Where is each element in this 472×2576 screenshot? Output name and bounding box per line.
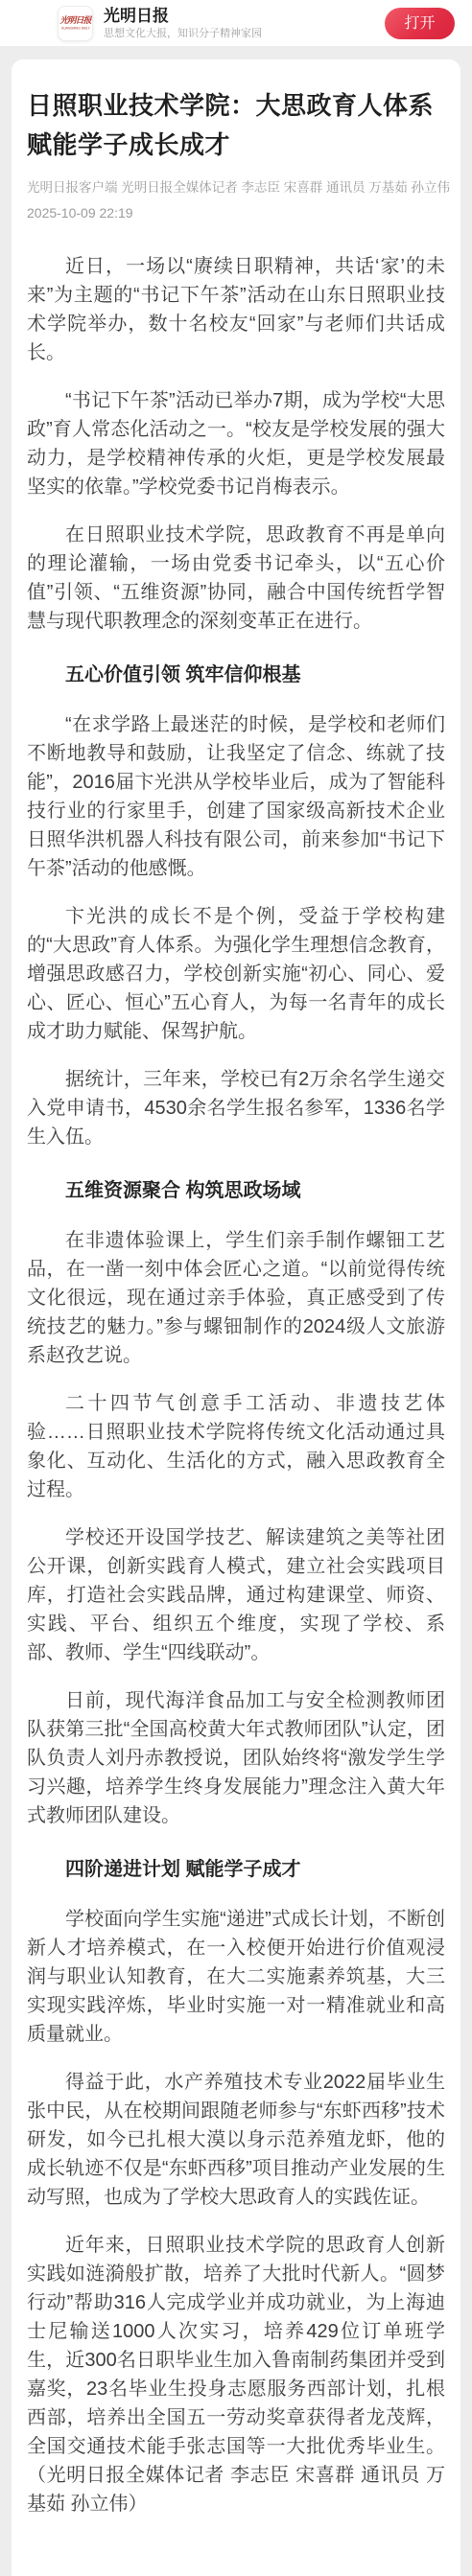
article-datetime: 2025-10-09 22:19	[27, 204, 445, 221]
article-paragraph: 二十四节气创意手工活动、非遗技艺体验……日照职业技术学院将传统文化活动通过具象化…	[27, 1389, 445, 1504]
article-title: 日照职业技术学院：大思政育人体系赋能学子成长成才	[27, 86, 445, 165]
article-paragraph: 近年来，日照职业技术学院的思政育人创新实践如涟漪般扩散，培养了大批时代新人。“圆…	[27, 2231, 445, 2518]
section-heading: 五心价值引领 筑牢信仰根基	[27, 661, 445, 689]
article-paragraph: 日前，现代海洋食品加工与安全检测教师团队获第三批“全国高校黄大年式教师团队”认定…	[27, 1686, 445, 1830]
article-paragraph: 卞光洪的成长不是个例，受益于学校构建的“大思政”育人体系。为强化学生理想信念教育…	[27, 902, 445, 1046]
article-paragraph: 据统计，三年来，学校已有2万余名学生递交入党申请书，4530余名学生报名参军，1…	[27, 1065, 445, 1151]
article-card: 日照职业技术学院：大思政育人体系赋能学子成长成才 光明日报客户端 光明日报全媒体…	[12, 59, 460, 2576]
article-paragraph: 学校还开设国学技艺、解读建筑之美等社团公开课，创新实践育人模式，建立社会实践项目…	[27, 1523, 445, 1667]
logo-chinese-text: 光明日报	[59, 15, 90, 26]
article-body: 近日，一场以“赓续日职精神，共话‘家’的未来”为主题的“书记下午茶”活动在山东日…	[27, 252, 445, 2518]
app-tagline: 思想文化大报，知识分子精神家园	[104, 27, 262, 41]
article-paragraph: “在求学路上最迷茫的时候，是学校和老师们不断地教导和鼓励，让我坚定了信念、练就了…	[27, 710, 445, 883]
section-heading: 四阶递进计划 赋能学子成才	[27, 1855, 445, 1884]
app-name: 光明日报	[104, 6, 262, 27]
open-app-button[interactable]: 打开	[385, 8, 455, 39]
article-paragraph: 学校面向学生实施“递进”式成长计划，不断创新人才培养模式，在一入校便开始进行价值…	[27, 1905, 445, 2049]
article-paragraph: 在非遗体验课上，学生们亲手制作螺钿工艺品，在一凿一刻中体会匠心之道。“以前觉得传…	[27, 1226, 445, 1370]
article-paragraph: “书记下午茶”活动已举办7期，成为学校“大思政”育人常态化活动之一。“校友是学校…	[27, 386, 445, 501]
logo-english-text: GUANGMING DAILY	[61, 27, 90, 31]
article-paragraph: 在日照职业技术学院，思政教育不再是单向的理论灌输，一场由党委书记牵头，以“五心价…	[27, 521, 445, 636]
article-byline: 光明日报客户端 光明日报全媒体记者 李志臣 宋喜群 通讯员 万基茹 孙立伟	[27, 179, 445, 197]
guangming-daily-logo-icon: 光明日报 GUANGMING DAILY	[58, 6, 93, 41]
article-paragraph: 得益于此，水产养殖技术专业2022届毕业生张中民，从在校期间跟随老师参与“东虾西…	[27, 2068, 445, 2212]
app-banner: 光明日报 GUANGMING DAILY 光明日报 思想文化大报，知识分子精神家…	[0, 0, 472, 46]
article-paragraph: 近日，一场以“赓续日职精神，共话‘家’的未来”为主题的“书记下午茶”活动在山东日…	[27, 252, 445, 367]
section-heading: 五维资源聚合 构筑思政场域	[27, 1176, 445, 1205]
app-info: 光明日报 思想文化大报，知识分子精神家园	[104, 6, 262, 41]
